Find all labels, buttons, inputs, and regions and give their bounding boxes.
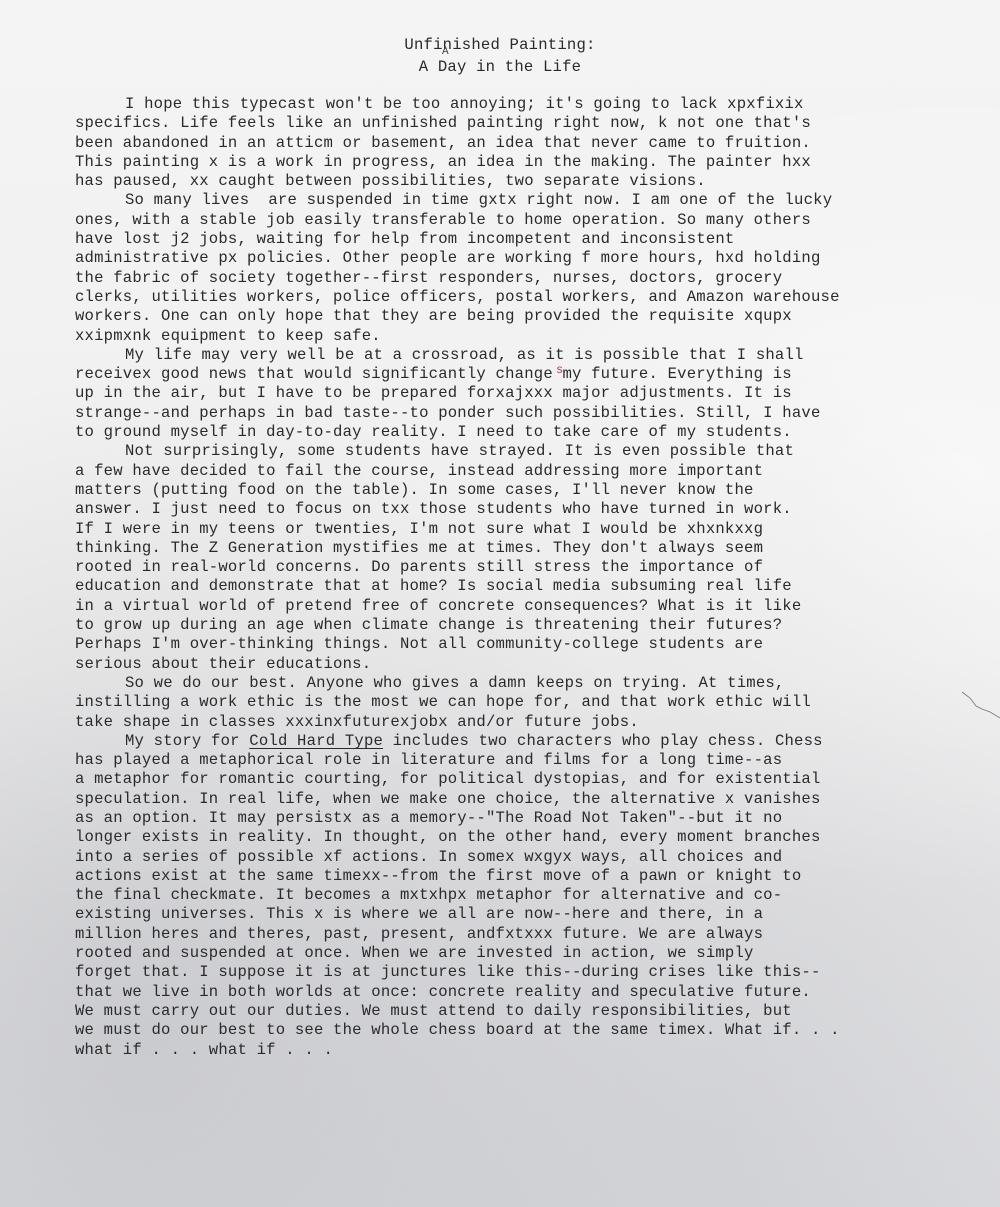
text-line: actions exist at the same timexx--from t… bbox=[75, 867, 840, 886]
text-line: a metaphor for romantic courting, for po… bbox=[75, 770, 840, 789]
text-line: serious about their educations. bbox=[75, 655, 840, 674]
document-title-line-1: Unfinished Painting: bbox=[0, 36, 1000, 54]
text-line: answer. I just need to focus on txx thos… bbox=[75, 500, 840, 519]
text-line: If I were in my teens or twenties, I'm n… bbox=[75, 520, 840, 539]
underlined-story-title: Cold Hard Type bbox=[249, 732, 383, 750]
text-line: I hope this typecast won't be too annoyi… bbox=[75, 95, 840, 114]
typewritten-page: Unfinished Painting: A A Day in the Life… bbox=[0, 0, 1000, 1207]
text-line: to ground myself in day-to-day reality. … bbox=[75, 423, 840, 442]
document-title-line-2: A Day in the Life bbox=[0, 58, 1000, 76]
text-line: the final checkmate. It becomes a mxtxhp… bbox=[75, 886, 840, 905]
text-line: rooted in real-world concerns. Do parent… bbox=[75, 558, 840, 577]
text-line: specifics. Life feels like an unfinished… bbox=[75, 114, 840, 133]
text-line: in a virtual world of pretend free of co… bbox=[75, 597, 840, 616]
text-line: what if . . . what if . . . bbox=[75, 1041, 840, 1060]
text-line: strange--and perhaps in bad taste--to po… bbox=[75, 404, 840, 423]
text-line: longer exists in reality. In thought, on… bbox=[75, 828, 840, 847]
text-line: My life may very well be at a crossroad,… bbox=[75, 346, 840, 365]
text-line: thinking. The Z Generation mystifies me … bbox=[75, 539, 840, 558]
text-line: So we do our best. Anyone who gives a da… bbox=[75, 674, 840, 693]
text-line: has paused, xx caught between possibilit… bbox=[75, 172, 840, 191]
text-line: take shape in classes xxxinxfuturexjobx … bbox=[75, 713, 840, 732]
text-line: workers. One can only hope that they are… bbox=[75, 307, 840, 326]
text-line: Not surprisingly, some students have str… bbox=[75, 442, 840, 461]
text-line: into a series of possible xf actions. In… bbox=[75, 848, 840, 867]
text-line: clerks, utilities workers, police office… bbox=[75, 288, 840, 307]
text-line: as an option. It may persistx as a memor… bbox=[75, 809, 840, 828]
text-line: up in the air, but I have to be prepared… bbox=[75, 384, 840, 403]
document-body: I hope this typecast won't be too annoyi… bbox=[75, 95, 840, 1060]
text-line: the fabric of society together--first re… bbox=[75, 269, 840, 288]
text-line: rooted and suspended at once. When we ar… bbox=[75, 944, 840, 963]
text-line: administrative px policies. Other people… bbox=[75, 249, 840, 268]
text-line: receivex good news that would significan… bbox=[75, 365, 840, 384]
text-line: My story for Cold Hard Type includes two… bbox=[75, 732, 840, 751]
text-line: Perhaps I'm over-thinking things. Not al… bbox=[75, 635, 840, 654]
text-line: We must carry out our duties. We must at… bbox=[75, 1002, 840, 1021]
text-line: matters (putting food on the table). In … bbox=[75, 481, 840, 500]
text-line: million heres and theres, past, present,… bbox=[75, 925, 840, 944]
text-line: ones, with a stable job easily transfera… bbox=[75, 211, 840, 230]
text-line: speculation. In real life, when we make … bbox=[75, 790, 840, 809]
text-line: to grow up during an age when climate ch… bbox=[75, 616, 840, 635]
text-line: This painting x is a work in progress, a… bbox=[75, 153, 840, 172]
text-line: have lost j2 jobs, waiting for help from… bbox=[75, 230, 840, 249]
text-line: instilling a work ethic is the most we c… bbox=[75, 693, 840, 712]
paper-crease-mark bbox=[960, 690, 1000, 720]
text-line: been abandoned in an atticm or basement,… bbox=[75, 134, 840, 153]
text-line: So many lives are suspended in time gxtx… bbox=[75, 191, 840, 210]
text-line: existing universes. This x is where we a… bbox=[75, 905, 840, 924]
text-line: forget that. I suppose it is at juncture… bbox=[75, 963, 840, 982]
text-line: that we live in both worlds at once: con… bbox=[75, 983, 840, 1002]
text-line: a few have decided to fail the course, i… bbox=[75, 462, 840, 481]
text-line: xxipmxnk equipment to keep safe. bbox=[75, 327, 840, 346]
insertion-mark: A bbox=[442, 46, 449, 58]
text-line: education and demonstrate that at home? … bbox=[75, 577, 840, 596]
text-line: we must do our best to see the whole che… bbox=[75, 1021, 840, 1040]
text-line: has played a metaphorical role in litera… bbox=[75, 751, 840, 770]
